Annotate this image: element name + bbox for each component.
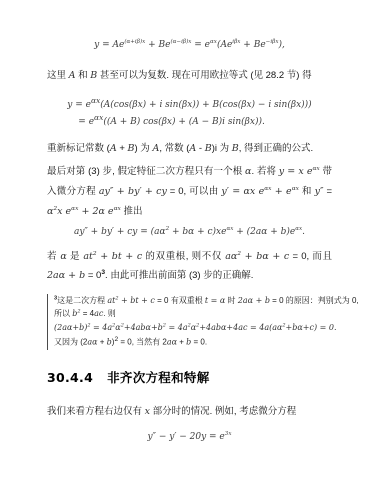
equation-line-euler-1: y = eαx(A(cos(βx) + i sin(βx)) + B(cos(β… xyxy=(67,95,311,113)
equation-line-euler-2: = eαx((A + B) cos(βx) + (A − B)i sin(βx)… xyxy=(67,112,311,130)
display-equation-general-solution: y = Ae(α+iβ)x + Be(α−iβ)x = eαx(Aeiβx + … xyxy=(47,38,332,52)
display-equation-substitution: ay″ + by′ + cy = (aα2 + bα + c)xeαx + (2… xyxy=(47,225,332,239)
section-number: 30.4.4 xyxy=(47,370,93,385)
section-title: 非齐次方程和特解 xyxy=(107,371,209,385)
footnote-line-3: (2aα+b)2 = 4a2α2+4abα+b2 = 4a2α2+4abα+4a… xyxy=(54,321,332,335)
footnote-line-4: 又因为 (2aα + b)2 = 0, 当然有 2aα + b = 0. xyxy=(54,334,332,349)
textbook-page: y = Ae(α+iβ)x + Be(α−iβ)x = eαx(Aeiβx + … xyxy=(0,0,370,480)
paragraph-relabel-constants: 重新标记常数 (A + B) 为 A, 常数 (A - B)i 为 B, 得到正… xyxy=(47,142,332,157)
footnote-line-2: 所以 b2 = 4ac. 则 xyxy=(54,307,332,321)
section-heading: 30.4.4非齐次方程和特解 xyxy=(47,368,332,386)
display-equation-euler-expansion: y = eαx(A(cos(βx) + i sin(βx)) + B(cos(β… xyxy=(47,95,332,130)
paragraph-complex-constants: 这里 A 和 B 甚至可以为复数. 现在可用欧拉等式 (见 28.2 节) 得 xyxy=(47,69,332,84)
paragraph-nonhomogeneous-intro: 我们来看方程右边仅有 x 部分时的情况. 例如, 考虑微分方程 xyxy=(47,405,332,420)
paragraph-step3-single-root: 最后对第 (3) 步, 假定特征二次方程只有一个根 α. 若将 y = x eα… xyxy=(47,162,332,222)
footnote-block: 3这是二次方程 at2 + bt + c = 0 有双重根 t = α 时 2a… xyxy=(47,294,332,350)
footnote-line-1: 3这是二次方程 at2 + bt + c = 0 有双重根 t = α 时 2a… xyxy=(54,294,332,308)
display-equation-example: y″ − y′ − 20y = e3x xyxy=(47,430,332,444)
paragraph-double-root: 若 α 是 at2 + bt + c 的双重根, 则不仅 aα2 + bα + … xyxy=(47,247,332,285)
equation-lines-wrapper: y = eαx(A(cos(βx) + i sin(βx)) + B(cos(β… xyxy=(67,95,311,130)
